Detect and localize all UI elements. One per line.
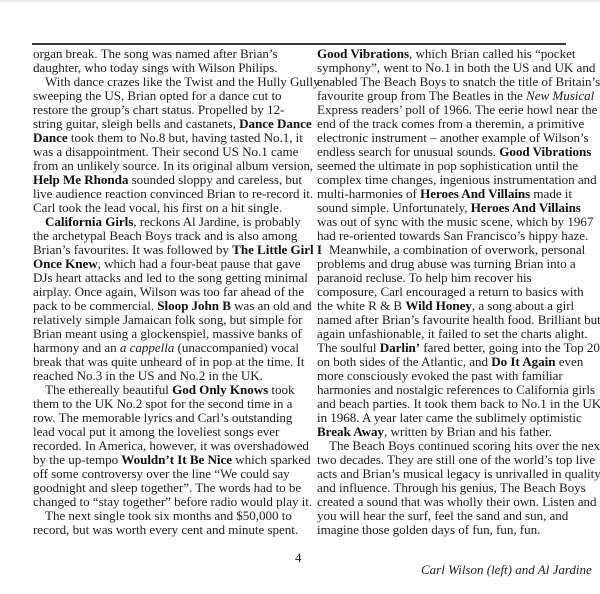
text-line: complex time changes, ingenious instrume… [317,173,585,187]
text-segment: live audience reaction convinced Brian t… [33,186,313,201]
text-segment: imagine those golden days of fun, fun, f… [317,522,540,537]
text-segment: created a sound that was wholly their ow… [317,494,597,509]
text-segment: end of the track comes from a theremin, … [317,116,584,131]
text-segment: string guitar, sleigh bells and castanet… [33,116,239,131]
text-segment: which sparked [232,452,311,467]
text-line: in 1968. A year later came the sublimely… [317,411,585,425]
song-title: Heroes And Villains [471,200,581,215]
text-line: lead vocal put it among the loveliest so… [33,425,301,439]
text-segment: organ break. The song was named after Br… [33,46,278,61]
text-segment: even [555,354,583,369]
text-line: acts and Brian’s musical legacy is unriv… [317,467,585,481]
text-line: California Girls, reckons Al Jardine, is… [33,215,301,229]
text-segment: break that was quite unheard of in pop a… [33,354,304,369]
text-line: Brian meant using a glockenspiel, massiv… [33,327,301,341]
text-line: daughter, who today sings with Wilson Ph… [33,61,301,75]
text-segment: problems and drug abuse was turning Bria… [317,256,576,271]
italic-text: New Musical [526,88,594,103]
text-segment: endless search for unusual sounds. [317,144,499,159]
song-title: Wouldn’t It Be Nice [121,452,232,467]
text-segment: reached No.3 in the US and No.2 in the U… [33,368,263,383]
text-segment: , a song about a girl [472,298,574,313]
text-segment: was an old and [231,298,312,313]
text-line: DJs heart attacks and led to the song ge… [33,271,301,285]
text-segment: lead vocal put it among the loveliest so… [33,424,279,439]
text-line: by the up-tempo Wouldn’t It Be Nice whic… [33,453,301,467]
text-line: row. The memorable lyrics and Carl’s out… [33,411,301,425]
text-line: With dance crazes like the Twist and the… [33,75,301,89]
text-segment: took them to No.8 but, having tasted No.… [68,130,303,145]
song-title: Sloop John B [157,298,231,313]
text-segment: daughter, who today sings with Wilson Ph… [33,60,277,75]
text-segment: row. The memorable lyrics and Carl’s out… [33,410,292,425]
text-line: again unfashionable, it failed to set th… [317,327,585,341]
text-segment: you will hear the surf, feel the sand an… [317,508,568,523]
text-line: end of the track comes from a theremin, … [317,117,585,131]
text-line: harmony and an a cappella (unaccompanied… [33,341,301,355]
text-line: Once Knew, which had a four-beat pause t… [33,257,301,271]
text-line: named after Brian’s favourite health foo… [317,313,585,327]
left-text-column: organ break. The song was named after Br… [33,47,301,537]
text-line: and beach parties. It took them back to … [317,397,585,411]
song-title: Good Vibrations [499,144,591,159]
text-segment: recorded. In America, however, it was ov… [33,438,309,453]
text-line: Meanwhile, a combination of overwork, pe… [317,243,585,257]
text-segment: The soulful [317,340,380,355]
text-segment: harmony and an [33,340,120,355]
song-title: Once Knew [33,256,98,271]
text-line: The Beach Boys continued scoring hits ov… [317,439,585,453]
song-title: Wild Honey [405,298,472,313]
text-segment: again unfashionable, it failed to set th… [317,326,588,341]
text-line: Break Away, written by Brian and his fat… [317,425,585,439]
text-segment: and influence. Through his genius, The B… [317,480,586,495]
text-segment: , which Brian called his “pocket [409,46,575,61]
photo-caption: Carl Wilson (left) and Al Jardine [421,562,592,578]
text-segment: goodnight and sleep together”. The words… [33,480,301,495]
text-line: endless search for unusual sounds. Good … [317,145,585,159]
text-segment: more consciously evoked the past with fa… [317,368,563,383]
text-line: off some controversy over the line “We c… [33,467,301,481]
text-line: goodnight and sleep together”. The words… [33,481,301,495]
text-line: airplay. Once again, Wilson was too far … [33,285,301,299]
text-segment: named after Brian’s favourite health foo… [317,312,600,327]
page-top-edge [0,0,600,2]
text-segment: and beach parties. It took them back to … [317,396,600,411]
text-segment: multi-harmonies of [317,186,420,201]
text-line: from an unlikely source. In its original… [33,159,301,173]
text-line: organ break. The song was named after Br… [33,47,301,61]
text-line: had re-oriented towards San Francisco’s … [317,229,585,243]
text-segment: Carl took the lead vocal, his first on a… [33,200,282,215]
text-line: enabled The Beach Boys to snatch the tit… [317,75,585,89]
song-title: The Little Girl I [232,242,322,257]
text-segment: seemed the ultimate in pop sophisticatio… [317,158,578,173]
text-line: the white R & B Wild Honey, a song about… [317,299,585,313]
text-line: paranoid recluse. To help him recover hi… [317,271,585,285]
text-segment: fared better, going into the Top 20 [420,340,600,355]
text-line: recorded. In America, however, it was ov… [33,439,301,453]
text-segment: acts and Brian’s musical legacy is unriv… [317,466,600,481]
text-line: two decades. They are still one of the w… [317,453,585,467]
song-title: God Only Knows [172,382,268,397]
text-segment: electronic instrument – another example … [317,130,589,145]
song-title: Dance [33,130,68,145]
text-segment: pack to be commercial. [33,298,157,313]
text-line: was a disappointment. Their second US No… [33,145,301,159]
text-segment: composure, Carl encouraged a return to b… [317,284,584,299]
text-line: string guitar, sleigh bells and castanet… [33,117,301,131]
text-segment: in 1968. A year later came the sublimely… [317,410,582,425]
text-segment: DJs heart attacks and led to the song ge… [33,270,308,285]
text-segment: favourite group from The Beatles in the [317,88,526,103]
text-segment: The ethereally beautiful [45,382,172,397]
text-segment: was out of sync with the music scene, wh… [317,214,593,229]
text-line: electronic instrument – another example … [317,131,585,145]
text-line: the archetypal Beach Boys track and is a… [33,229,301,243]
text-line: pack to be commercial. Sloop John B was … [33,299,301,313]
text-line: changed to “stay together” before radio … [33,495,301,509]
text-line: multi-harmonies of Heroes And Villains m… [317,187,585,201]
text-segment: symphony”, went to No.1 in both the US a… [317,60,595,75]
text-segment: sound simple. Unfortunately, [317,200,471,215]
text-segment: The Beach Boys continued scoring hits ov… [329,438,600,453]
song-title: California Girls [45,214,133,229]
text-segment: sounded sloppy and careless, but [128,172,302,187]
text-segment: With dance crazes like the Twist and the… [45,74,320,89]
text-line: harmonies and nostalgic references to Ca… [317,383,585,397]
italic-text: a cappella [120,340,174,355]
text-line: seemed the ultimate in pop sophisticatio… [317,159,585,173]
text-line: problems and drug abuse was turning Bria… [317,257,585,271]
text-segment: The next single took six months and $50,… [45,508,292,523]
text-line: sound simple. Unfortunately, Heroes And … [317,201,585,215]
text-line: created a sound that was wholly their ow… [317,495,585,509]
text-line: break that was quite unheard of in pop a… [33,355,301,369]
text-segment: on both sides of the Atlantic, and [317,354,491,369]
song-title: Dance Dance [239,116,312,131]
text-line: Good Vibrations, which Brian called his … [317,47,585,61]
song-title: Do It Again [491,354,555,369]
text-line: The next single took six months and $50,… [33,509,301,523]
text-line: restore the group’s chart status. Propel… [33,103,301,117]
text-line: reached No.3 in the US and No.2 in the U… [33,369,301,383]
text-segment: restore the group’s chart status. Propel… [33,102,284,117]
text-segment: (unaccompanied) vocal [174,340,299,355]
text-segment: the archetypal Beach Boys track and is a… [33,228,297,243]
text-line: them to the UK No.2 spot for the second … [33,397,301,411]
text-line: symphony”, went to No.1 in both the US a… [317,61,585,75]
text-segment: the white R & B [317,298,405,313]
song-title: Darlin’ [380,340,420,355]
text-segment: relatively simple Jamaican folk song, bu… [33,312,302,327]
text-line: and influence. Through his genius, The B… [317,481,585,495]
right-text-column: Good Vibrations, which Brian called his … [317,47,585,537]
text-segment: from an unlikely source. In its original… [33,158,313,173]
song-title: Good Vibrations [317,46,409,61]
text-segment: Express readers’ poll of 1966. The eerie… [317,102,597,117]
text-line: The soulful Darlin’ fared better, going … [317,341,585,355]
text-segment: airplay. Once again, Wilson was too far … [33,284,304,299]
text-segment: , which had a four-beat pause that gave [98,256,301,271]
text-line: live audience reaction convinced Brian t… [33,187,301,201]
text-segment: made it [530,186,572,201]
text-segment: paranoid recluse. To help him recover hi… [317,270,532,285]
text-line: was out of sync with the music scene, wh… [317,215,585,229]
song-title: Break Away [317,424,384,439]
text-segment: Brian meant using a glockenspiel, massiv… [33,326,302,341]
song-title: Heroes And Villains [420,186,530,201]
text-line: Carl took the lead vocal, his first on a… [33,201,301,215]
page-number: 4 [295,550,302,566]
text-segment: two decades. They are still one of the w… [317,452,595,467]
text-line: on both sides of the Atlantic, and Do It… [317,355,585,369]
text-segment: record, but was worth every cent and min… [33,522,298,537]
text-segment: Meanwhile, a combination of overwork, pe… [329,242,585,257]
text-segment: enabled The Beach Boys to snatch the tit… [317,74,600,89]
text-line: sweeping the US, Brian opted for a dance… [33,89,301,103]
text-segment: Brian’s favourites. It was followed by [33,242,232,257]
text-line: record, but was worth every cent and min… [33,523,301,537]
text-segment: was a disappointment. Their second US No… [33,144,298,159]
text-segment: harmonies and nostalgic references to Ca… [317,382,595,397]
text-line: more consciously evoked the past with fa… [317,369,585,383]
text-segment: took [268,382,294,397]
text-segment: had re-oriented towards San Francisco’s … [317,228,588,243]
text-line: The ethereally beautiful God Only Knows … [33,383,301,397]
text-segment: off some controversy over the line “We c… [33,466,290,481]
text-segment: changed to “stay together” before radio … [33,494,312,509]
text-segment: sweeping the US, Brian opted for a dance… [33,88,282,103]
text-line: composure, Carl encouraged a return to b… [317,285,585,299]
text-line: imagine those golden days of fun, fun, f… [317,523,585,537]
header-rule [32,43,566,45]
text-line: favourite group from The Beatles in the … [317,89,585,103]
text-line: relatively simple Jamaican folk song, bu… [33,313,301,327]
text-segment: complex time changes, ingenious instrume… [317,172,597,187]
text-segment: by the up-tempo [33,452,121,467]
text-segment: , reckons Al Jardine, is probably [133,214,300,229]
text-line: Brian’s favourites. It was followed by T… [33,243,301,257]
text-line: Dance took them to No.8 but, having tast… [33,131,301,145]
text-segment: them to the UK No.2 spot for the second … [33,396,292,411]
text-line: you will hear the surf, feel the sand an… [317,509,585,523]
song-title: Help Me Rhonda [33,172,128,187]
text-line: Help Me Rhonda sounded sloppy and carele… [33,173,301,187]
text-segment: , written by Brian and his father. [384,424,552,439]
text-line: Express readers’ poll of 1966. The eerie… [317,103,585,117]
